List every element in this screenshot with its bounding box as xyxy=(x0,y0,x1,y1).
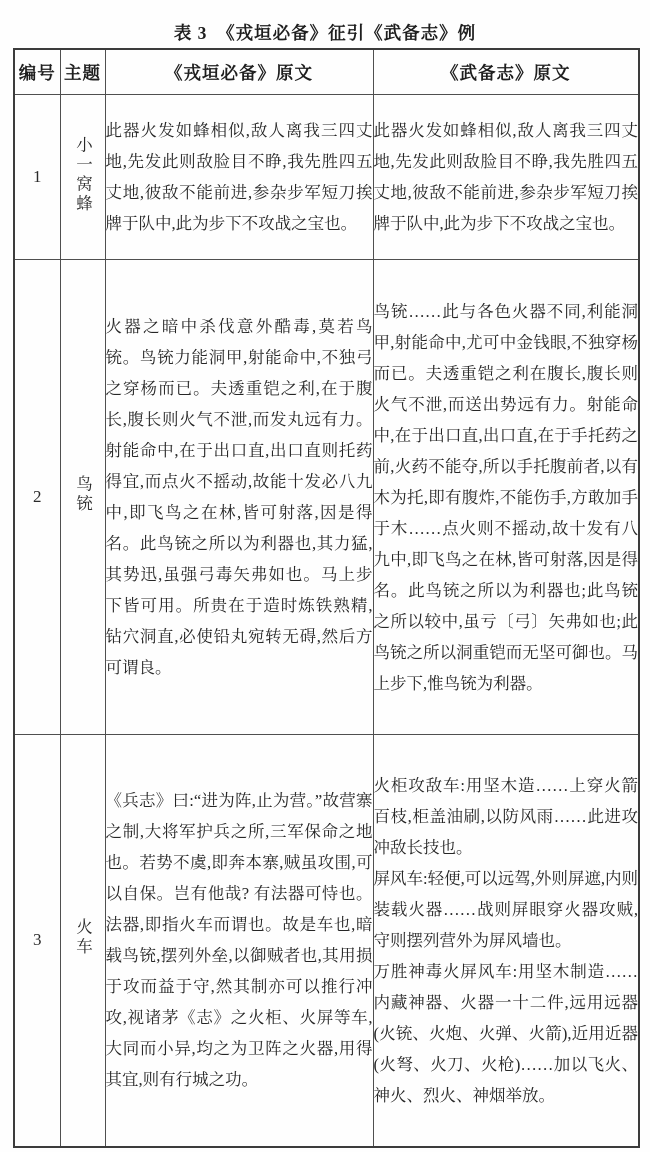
comparison-table: 编号 主题 《戎垣必备》原文 《武备志》原文 1 小一窝蜂 此器火发如蜂相似,敌… xyxy=(13,48,640,1148)
paragraph: 此器火发如蜂相似,敌人离我三四丈地,先发此则敌脸目不睁,我先胜四五丈地,彼敌不能… xyxy=(374,115,639,239)
row-number-cell: 1 xyxy=(14,95,60,260)
paragraph: 火器之暗中杀伐意外酷毒,莫若鸟铳。鸟铳力能洞甲,射能命中,不独弓之穿杨而已。夫透… xyxy=(106,311,373,683)
paragraph: 屏风车:轻便,可以远驾,外则屏遮,内则装载火器……战则屏眼穿火器攻贼,守则摆列营… xyxy=(374,863,639,956)
wubeizhi-text-cell: 鸟铳……此与各色火器不同,利能洞甲,射能命中,尤可中金钱眼,不独穿杨而已。夫透重… xyxy=(373,260,639,735)
wubeizhi-text-cell: 火柜攻敌车:用坚木造……上穿火箭百枝,柜盖油刷,以防风雨……此进攻冲敌长技也。 … xyxy=(373,735,639,1147)
row-number-cell: 2 xyxy=(14,260,60,735)
header-topic: 主题 xyxy=(60,49,105,95)
paragraph: 火柜攻敌车:用坚木造……上穿火箭百枝,柜盖油刷,以防风雨……此进攻冲敌长技也。 xyxy=(374,770,639,863)
topic-vertical-label: 火车 xyxy=(71,918,95,957)
document-page: 表 3 《戎垣必备》征引《武备志》例 编号 主题 《戎垣必备》原文 《武备志》原… xyxy=(0,0,650,1152)
rongyuan-text-cell: 火器之暗中杀伐意外酷毒,莫若鸟铳。鸟铳力能洞甲,射能命中,不独弓之穿杨而已。夫透… xyxy=(105,260,373,735)
table-row: 2 鸟铳 火器之暗中杀伐意外酷毒,莫若鸟铳。鸟铳力能洞甲,射能命中,不独弓之穿杨… xyxy=(14,260,639,735)
table-row: 1 小一窝蜂 此器火发如蜂相似,敌人离我三四丈地,先发此则敌脸目不睁,我先胜四五… xyxy=(14,95,639,260)
topic-vertical-label: 小一窝蜂 xyxy=(71,136,95,214)
topic-cell: 火车 xyxy=(60,735,105,1147)
rongyuan-text-cell: 此器火发如蜂相似,敌人离我三四丈地,先发此则敌脸目不睁,我先胜四五丈地,彼敌不能… xyxy=(105,95,373,260)
table-row: 3 火车 《兵志》曰:“进为阵,止为营。”故营寨之制,大将军护兵之所,三军保命之… xyxy=(14,735,639,1147)
header-wubeizhi-source: 《武备志》原文 xyxy=(373,49,639,95)
paragraph: 鸟铳……此与各色火器不同,利能洞甲,射能命中,尤可中金钱眼,不独穿杨而已。夫透重… xyxy=(374,296,639,699)
topic-cell: 鸟铳 xyxy=(60,260,105,735)
paragraph: 万胜神毒火屏风车:用坚木制造……内藏神器、火器一十二件,远用远器(火铳、火炮、火… xyxy=(374,956,639,1111)
paragraph: 《兵志》曰:“进为阵,止为营。”故营寨之制,大将军护兵之所,三军保命之地也。若势… xyxy=(106,785,373,1095)
rongyuan-text-cell: 《兵志》曰:“进为阵,止为营。”故营寨之制,大将军护兵之所,三军保命之地也。若势… xyxy=(105,735,373,1147)
row-number-cell: 3 xyxy=(14,735,60,1147)
topic-vertical-label: 鸟铳 xyxy=(71,475,95,514)
wubeizhi-text-cell: 此器火发如蜂相似,敌人离我三四丈地,先发此则敌脸目不睁,我先胜四五丈地,彼敌不能… xyxy=(373,95,639,260)
header-number: 编号 xyxy=(14,49,60,95)
topic-cell: 小一窝蜂 xyxy=(60,95,105,260)
header-rongyuan-source: 《戎垣必备》原文 xyxy=(105,49,373,95)
header-row: 编号 主题 《戎垣必备》原文 《武备志》原文 xyxy=(14,49,639,95)
paragraph: 此器火发如蜂相似,敌人离我三四丈地,先发此则敌脸目不睁,我先胜四五丈地,彼敌不能… xyxy=(106,115,373,239)
table-caption: 表 3 《戎垣必备》征引《武备志》例 xyxy=(0,20,650,45)
